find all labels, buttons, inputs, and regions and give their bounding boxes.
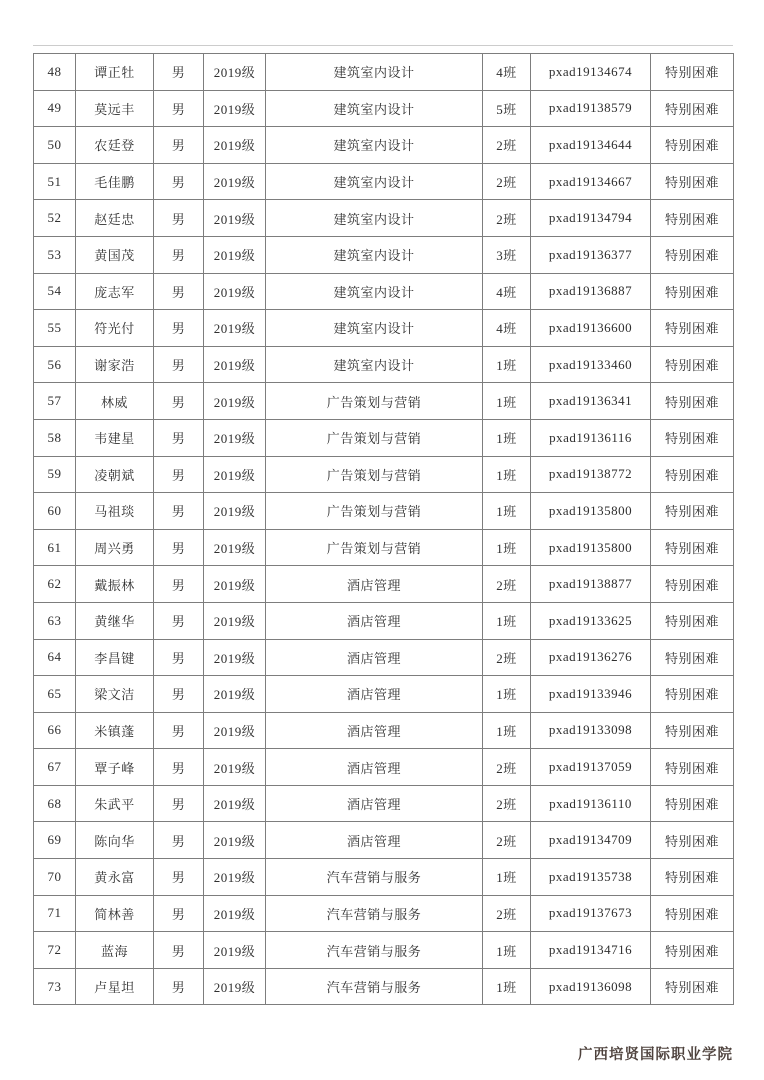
cell-seq: 59 bbox=[34, 456, 76, 493]
cell-major: 建筑室内设计 bbox=[266, 127, 483, 164]
cell-status: 特别困难 bbox=[651, 383, 734, 420]
cell-gender: 男 bbox=[154, 493, 204, 530]
cell-status: 特别困难 bbox=[651, 785, 734, 822]
table-row: 68朱武平男2019级酒店管理2班pxad19136110特别困难 bbox=[34, 785, 734, 822]
table-row: 54庞志军男2019级建筑室内设计4班pxad19136887特别困难 bbox=[34, 273, 734, 310]
table-row: 53黄国茂男2019级建筑室内设计3班pxad19136377特别困难 bbox=[34, 236, 734, 273]
cell-student_id: pxad19133625 bbox=[531, 602, 651, 639]
cell-seq: 64 bbox=[34, 639, 76, 676]
table-row: 55符光付男2019级建筑室内设计4班pxad19136600特别困难 bbox=[34, 310, 734, 347]
cell-grade: 2019级 bbox=[204, 163, 266, 200]
cell-grade: 2019级 bbox=[204, 310, 266, 347]
table-row: 64李昌键男2019级酒店管理2班pxad19136276特别困难 bbox=[34, 639, 734, 676]
cell-seq: 68 bbox=[34, 785, 76, 822]
table-row: 72蓝海男2019级汽车营销与服务1班pxad19134716特别困难 bbox=[34, 932, 734, 969]
cell-gender: 男 bbox=[154, 273, 204, 310]
cell-name: 凌朝斌 bbox=[76, 456, 154, 493]
cell-grade: 2019级 bbox=[204, 749, 266, 786]
cell-status: 特别困难 bbox=[651, 968, 734, 1005]
cell-gender: 男 bbox=[154, 676, 204, 713]
cell-seq: 55 bbox=[34, 310, 76, 347]
cell-status: 特别困难 bbox=[651, 932, 734, 969]
cell-gender: 男 bbox=[154, 932, 204, 969]
cell-class: 1班 bbox=[483, 493, 531, 530]
cell-seq: 66 bbox=[34, 712, 76, 749]
cell-gender: 男 bbox=[154, 566, 204, 603]
cell-major: 建筑室内设计 bbox=[266, 273, 483, 310]
cell-major: 建筑室内设计 bbox=[266, 54, 483, 91]
cell-gender: 男 bbox=[154, 54, 204, 91]
cell-major: 汽车营销与服务 bbox=[266, 895, 483, 932]
cell-grade: 2019级 bbox=[204, 127, 266, 164]
cell-gender: 男 bbox=[154, 895, 204, 932]
cell-seq: 72 bbox=[34, 932, 76, 969]
cell-class: 3班 bbox=[483, 236, 531, 273]
cell-name: 黄国茂 bbox=[76, 236, 154, 273]
cell-class: 4班 bbox=[483, 310, 531, 347]
cell-status: 特别困难 bbox=[651, 822, 734, 859]
cell-seq: 49 bbox=[34, 90, 76, 127]
cell-class: 4班 bbox=[483, 54, 531, 91]
cell-name: 符光付 bbox=[76, 310, 154, 347]
cell-class: 4班 bbox=[483, 273, 531, 310]
cell-gender: 男 bbox=[154, 968, 204, 1005]
cell-status: 特别困难 bbox=[651, 127, 734, 164]
cell-major: 汽车营销与服务 bbox=[266, 932, 483, 969]
cell-status: 特别困难 bbox=[651, 90, 734, 127]
student-table: 48谭正牡男2019级建筑室内设计4班pxad19134674特别困难49莫远丰… bbox=[33, 53, 734, 1005]
cell-class: 1班 bbox=[483, 859, 531, 896]
cell-major: 酒店管理 bbox=[266, 602, 483, 639]
cell-major: 酒店管理 bbox=[266, 822, 483, 859]
cell-major: 汽车营销与服务 bbox=[266, 968, 483, 1005]
cell-seq: 48 bbox=[34, 54, 76, 91]
cell-name: 农廷登 bbox=[76, 127, 154, 164]
cell-gender: 男 bbox=[154, 859, 204, 896]
cell-seq: 67 bbox=[34, 749, 76, 786]
table-row: 73卢星坦男2019级汽车营销与服务1班pxad19136098特别困难 bbox=[34, 968, 734, 1005]
cell-seq: 52 bbox=[34, 200, 76, 237]
cell-major: 广告策划与营销 bbox=[266, 493, 483, 530]
cell-status: 特别困难 bbox=[651, 602, 734, 639]
cell-student_id: pxad19134709 bbox=[531, 822, 651, 859]
table-row: 48谭正牡男2019级建筑室内设计4班pxad19134674特别困难 bbox=[34, 54, 734, 91]
cell-name: 覃子峰 bbox=[76, 749, 154, 786]
cell-class: 2班 bbox=[483, 200, 531, 237]
cell-status: 特别困难 bbox=[651, 639, 734, 676]
cell-name: 黄永富 bbox=[76, 859, 154, 896]
cell-major: 建筑室内设计 bbox=[266, 310, 483, 347]
cell-gender: 男 bbox=[154, 90, 204, 127]
cell-major: 广告策划与营销 bbox=[266, 383, 483, 420]
cell-grade: 2019级 bbox=[204, 639, 266, 676]
cell-name: 周兴勇 bbox=[76, 529, 154, 566]
cell-name: 黄继华 bbox=[76, 602, 154, 639]
cell-status: 特别困难 bbox=[651, 529, 734, 566]
cell-gender: 男 bbox=[154, 127, 204, 164]
cell-gender: 男 bbox=[154, 310, 204, 347]
cell-seq: 71 bbox=[34, 895, 76, 932]
cell-grade: 2019级 bbox=[204, 529, 266, 566]
cell-major: 广告策划与营销 bbox=[266, 529, 483, 566]
cell-class: 2班 bbox=[483, 163, 531, 200]
cell-name: 莫远丰 bbox=[76, 90, 154, 127]
cell-name: 梁文洁 bbox=[76, 676, 154, 713]
cell-gender: 男 bbox=[154, 236, 204, 273]
cell-student_id: pxad19136887 bbox=[531, 273, 651, 310]
table-row: 67覃子峰男2019级酒店管理2班pxad19137059特别困难 bbox=[34, 749, 734, 786]
cell-class: 2班 bbox=[483, 895, 531, 932]
cell-name: 李昌键 bbox=[76, 639, 154, 676]
cell-status: 特别困难 bbox=[651, 566, 734, 603]
cell-student_id: pxad19138877 bbox=[531, 566, 651, 603]
cell-student_id: pxad19133098 bbox=[531, 712, 651, 749]
table-row: 69陈向华男2019级酒店管理2班pxad19134709特别困难 bbox=[34, 822, 734, 859]
cell-grade: 2019级 bbox=[204, 54, 266, 91]
cell-name: 庞志军 bbox=[76, 273, 154, 310]
cell-seq: 73 bbox=[34, 968, 76, 1005]
cell-seq: 50 bbox=[34, 127, 76, 164]
cell-major: 广告策划与营销 bbox=[266, 456, 483, 493]
cell-major: 建筑室内设计 bbox=[266, 200, 483, 237]
table-row: 70黄永富男2019级汽车营销与服务1班pxad19135738特别困难 bbox=[34, 859, 734, 896]
cell-name: 米镇蓬 bbox=[76, 712, 154, 749]
cell-gender: 男 bbox=[154, 822, 204, 859]
cell-name: 韦建星 bbox=[76, 419, 154, 456]
cell-class: 2班 bbox=[483, 785, 531, 822]
cell-major: 酒店管理 bbox=[266, 749, 483, 786]
cell-grade: 2019级 bbox=[204, 90, 266, 127]
cell-seq: 51 bbox=[34, 163, 76, 200]
footer-school-name: 广西培贤国际职业学院 bbox=[578, 1043, 733, 1064]
cell-grade: 2019级 bbox=[204, 676, 266, 713]
cell-grade: 2019级 bbox=[204, 200, 266, 237]
cell-status: 特别困难 bbox=[651, 895, 734, 932]
cell-student_id: pxad19136276 bbox=[531, 639, 651, 676]
cell-name: 谭正牡 bbox=[76, 54, 154, 91]
cell-student_id: pxad19135738 bbox=[531, 859, 651, 896]
cell-major: 酒店管理 bbox=[266, 676, 483, 713]
cell-status: 特别困难 bbox=[651, 712, 734, 749]
cell-grade: 2019级 bbox=[204, 566, 266, 603]
cell-status: 特别困难 bbox=[651, 273, 734, 310]
cell-student_id: pxad19138772 bbox=[531, 456, 651, 493]
table-row: 63黄继华男2019级酒店管理1班pxad19133625特别困难 bbox=[34, 602, 734, 639]
cell-status: 特别困难 bbox=[651, 310, 734, 347]
cell-class: 2班 bbox=[483, 822, 531, 859]
cell-major: 酒店管理 bbox=[266, 566, 483, 603]
cell-grade: 2019级 bbox=[204, 273, 266, 310]
cell-grade: 2019级 bbox=[204, 383, 266, 420]
cell-student_id: pxad19134667 bbox=[531, 163, 651, 200]
cell-student_id: pxad19134674 bbox=[531, 54, 651, 91]
cell-seq: 61 bbox=[34, 529, 76, 566]
cell-student_id: pxad19133946 bbox=[531, 676, 651, 713]
cell-class: 1班 bbox=[483, 602, 531, 639]
table-row: 71简林善男2019级汽车营销与服务2班pxad19137673特别困难 bbox=[34, 895, 734, 932]
cell-seq: 54 bbox=[34, 273, 76, 310]
table-row: 65梁文洁男2019级酒店管理1班pxad19133946特别困难 bbox=[34, 676, 734, 713]
cell-grade: 2019级 bbox=[204, 419, 266, 456]
cell-class: 1班 bbox=[483, 419, 531, 456]
table-row: 62戴振林男2019级酒店管理2班pxad19138877特别困难 bbox=[34, 566, 734, 603]
cell-major: 建筑室内设计 bbox=[266, 346, 483, 383]
cell-gender: 男 bbox=[154, 602, 204, 639]
cell-grade: 2019级 bbox=[204, 493, 266, 530]
cell-class: 2班 bbox=[483, 127, 531, 164]
table-row: 58韦建星男2019级广告策划与营销1班pxad19136116特别困难 bbox=[34, 419, 734, 456]
cell-status: 特别困难 bbox=[651, 346, 734, 383]
cell-name: 卢星坦 bbox=[76, 968, 154, 1005]
cell-grade: 2019级 bbox=[204, 895, 266, 932]
table-row: 49莫远丰男2019级建筑室内设计5班pxad19138579特别困难 bbox=[34, 90, 734, 127]
cell-grade: 2019级 bbox=[204, 712, 266, 749]
cell-gender: 男 bbox=[154, 749, 204, 786]
cell-major: 汽车营销与服务 bbox=[266, 859, 483, 896]
cell-grade: 2019级 bbox=[204, 602, 266, 639]
cell-grade: 2019级 bbox=[204, 236, 266, 273]
cell-major: 建筑室内设计 bbox=[266, 236, 483, 273]
cell-major: 酒店管理 bbox=[266, 639, 483, 676]
cell-student_id: pxad19136110 bbox=[531, 785, 651, 822]
cell-major: 酒店管理 bbox=[266, 712, 483, 749]
table-row: 60马祖琰男2019级广告策划与营销1班pxad19135800特别困难 bbox=[34, 493, 734, 530]
table-row: 50农廷登男2019级建筑室内设计2班pxad19134644特别困难 bbox=[34, 127, 734, 164]
cell-name: 戴振林 bbox=[76, 566, 154, 603]
cell-major: 建筑室内设计 bbox=[266, 163, 483, 200]
cell-name: 简林善 bbox=[76, 895, 154, 932]
cell-grade: 2019级 bbox=[204, 932, 266, 969]
cell-student_id: pxad19137673 bbox=[531, 895, 651, 932]
cell-class: 1班 bbox=[483, 712, 531, 749]
cell-major: 酒店管理 bbox=[266, 785, 483, 822]
cell-status: 特别困难 bbox=[651, 236, 734, 273]
table-row: 57林威男2019级广告策划与营销1班pxad19136341特别困难 bbox=[34, 383, 734, 420]
cell-gender: 男 bbox=[154, 163, 204, 200]
cell-gender: 男 bbox=[154, 785, 204, 822]
cell-seq: 65 bbox=[34, 676, 76, 713]
cell-grade: 2019级 bbox=[204, 456, 266, 493]
page-top-divider bbox=[33, 45, 733, 46]
cell-class: 1班 bbox=[483, 932, 531, 969]
cell-grade: 2019级 bbox=[204, 346, 266, 383]
cell-student_id: pxad19133460 bbox=[531, 346, 651, 383]
cell-status: 特别困难 bbox=[651, 859, 734, 896]
table-row: 56谢家浩男2019级建筑室内设计1班pxad19133460特别困难 bbox=[34, 346, 734, 383]
cell-student_id: pxad19138579 bbox=[531, 90, 651, 127]
cell-major: 建筑室内设计 bbox=[266, 90, 483, 127]
cell-student_id: pxad19136341 bbox=[531, 383, 651, 420]
cell-status: 特别困难 bbox=[651, 54, 734, 91]
table-row: 51毛佳鹏男2019级建筑室内设计2班pxad19134667特别困难 bbox=[34, 163, 734, 200]
cell-student_id: pxad19136600 bbox=[531, 310, 651, 347]
cell-student_id: pxad19136098 bbox=[531, 968, 651, 1005]
cell-grade: 2019级 bbox=[204, 822, 266, 859]
cell-major: 广告策划与营销 bbox=[266, 419, 483, 456]
cell-class: 2班 bbox=[483, 749, 531, 786]
cell-student_id: pxad19135800 bbox=[531, 529, 651, 566]
student-table-body: 48谭正牡男2019级建筑室内设计4班pxad19134674特别困难49莫远丰… bbox=[34, 54, 734, 1005]
cell-class: 5班 bbox=[483, 90, 531, 127]
cell-name: 林威 bbox=[76, 383, 154, 420]
cell-status: 特别困难 bbox=[651, 676, 734, 713]
cell-gender: 男 bbox=[154, 200, 204, 237]
cell-student_id: pxad19134794 bbox=[531, 200, 651, 237]
cell-grade: 2019级 bbox=[204, 859, 266, 896]
cell-seq: 60 bbox=[34, 493, 76, 530]
cell-gender: 男 bbox=[154, 639, 204, 676]
cell-student_id: pxad19134644 bbox=[531, 127, 651, 164]
table-row: 66米镇蓬男2019级酒店管理1班pxad19133098特别困难 bbox=[34, 712, 734, 749]
cell-name: 赵廷忠 bbox=[76, 200, 154, 237]
cell-status: 特别困难 bbox=[651, 456, 734, 493]
cell-student_id: pxad19135800 bbox=[531, 493, 651, 530]
cell-gender: 男 bbox=[154, 346, 204, 383]
cell-seq: 70 bbox=[34, 859, 76, 896]
cell-gender: 男 bbox=[154, 383, 204, 420]
cell-status: 特别困难 bbox=[651, 493, 734, 530]
cell-name: 毛佳鹏 bbox=[76, 163, 154, 200]
cell-student_id: pxad19136377 bbox=[531, 236, 651, 273]
cell-class: 1班 bbox=[483, 676, 531, 713]
cell-student_id: pxad19136116 bbox=[531, 419, 651, 456]
cell-student_id: pxad19134716 bbox=[531, 932, 651, 969]
cell-status: 特别困难 bbox=[651, 419, 734, 456]
cell-name: 谢家浩 bbox=[76, 346, 154, 383]
table-row: 61周兴勇男2019级广告策划与营销1班pxad19135800特别困难 bbox=[34, 529, 734, 566]
cell-class: 1班 bbox=[483, 383, 531, 420]
cell-class: 1班 bbox=[483, 346, 531, 383]
cell-seq: 63 bbox=[34, 602, 76, 639]
cell-class: 2班 bbox=[483, 639, 531, 676]
cell-gender: 男 bbox=[154, 529, 204, 566]
cell-status: 特别困难 bbox=[651, 163, 734, 200]
cell-class: 2班 bbox=[483, 566, 531, 603]
cell-status: 特别困难 bbox=[651, 749, 734, 786]
cell-class: 1班 bbox=[483, 456, 531, 493]
cell-gender: 男 bbox=[154, 712, 204, 749]
cell-gender: 男 bbox=[154, 456, 204, 493]
cell-seq: 62 bbox=[34, 566, 76, 603]
cell-class: 1班 bbox=[483, 529, 531, 566]
cell-gender: 男 bbox=[154, 419, 204, 456]
cell-seq: 58 bbox=[34, 419, 76, 456]
cell-name: 马祖琰 bbox=[76, 493, 154, 530]
cell-seq: 69 bbox=[34, 822, 76, 859]
table-row: 52赵廷忠男2019级建筑室内设计2班pxad19134794特别困难 bbox=[34, 200, 734, 237]
cell-grade: 2019级 bbox=[204, 785, 266, 822]
cell-grade: 2019级 bbox=[204, 968, 266, 1005]
cell-name: 蓝海 bbox=[76, 932, 154, 969]
cell-student_id: pxad19137059 bbox=[531, 749, 651, 786]
cell-class: 1班 bbox=[483, 968, 531, 1005]
cell-name: 陈向华 bbox=[76, 822, 154, 859]
cell-seq: 53 bbox=[34, 236, 76, 273]
cell-seq: 56 bbox=[34, 346, 76, 383]
table-row: 59凌朝斌男2019级广告策划与营销1班pxad19138772特别困难 bbox=[34, 456, 734, 493]
cell-status: 特别困难 bbox=[651, 200, 734, 237]
cell-name: 朱武平 bbox=[76, 785, 154, 822]
cell-seq: 57 bbox=[34, 383, 76, 420]
